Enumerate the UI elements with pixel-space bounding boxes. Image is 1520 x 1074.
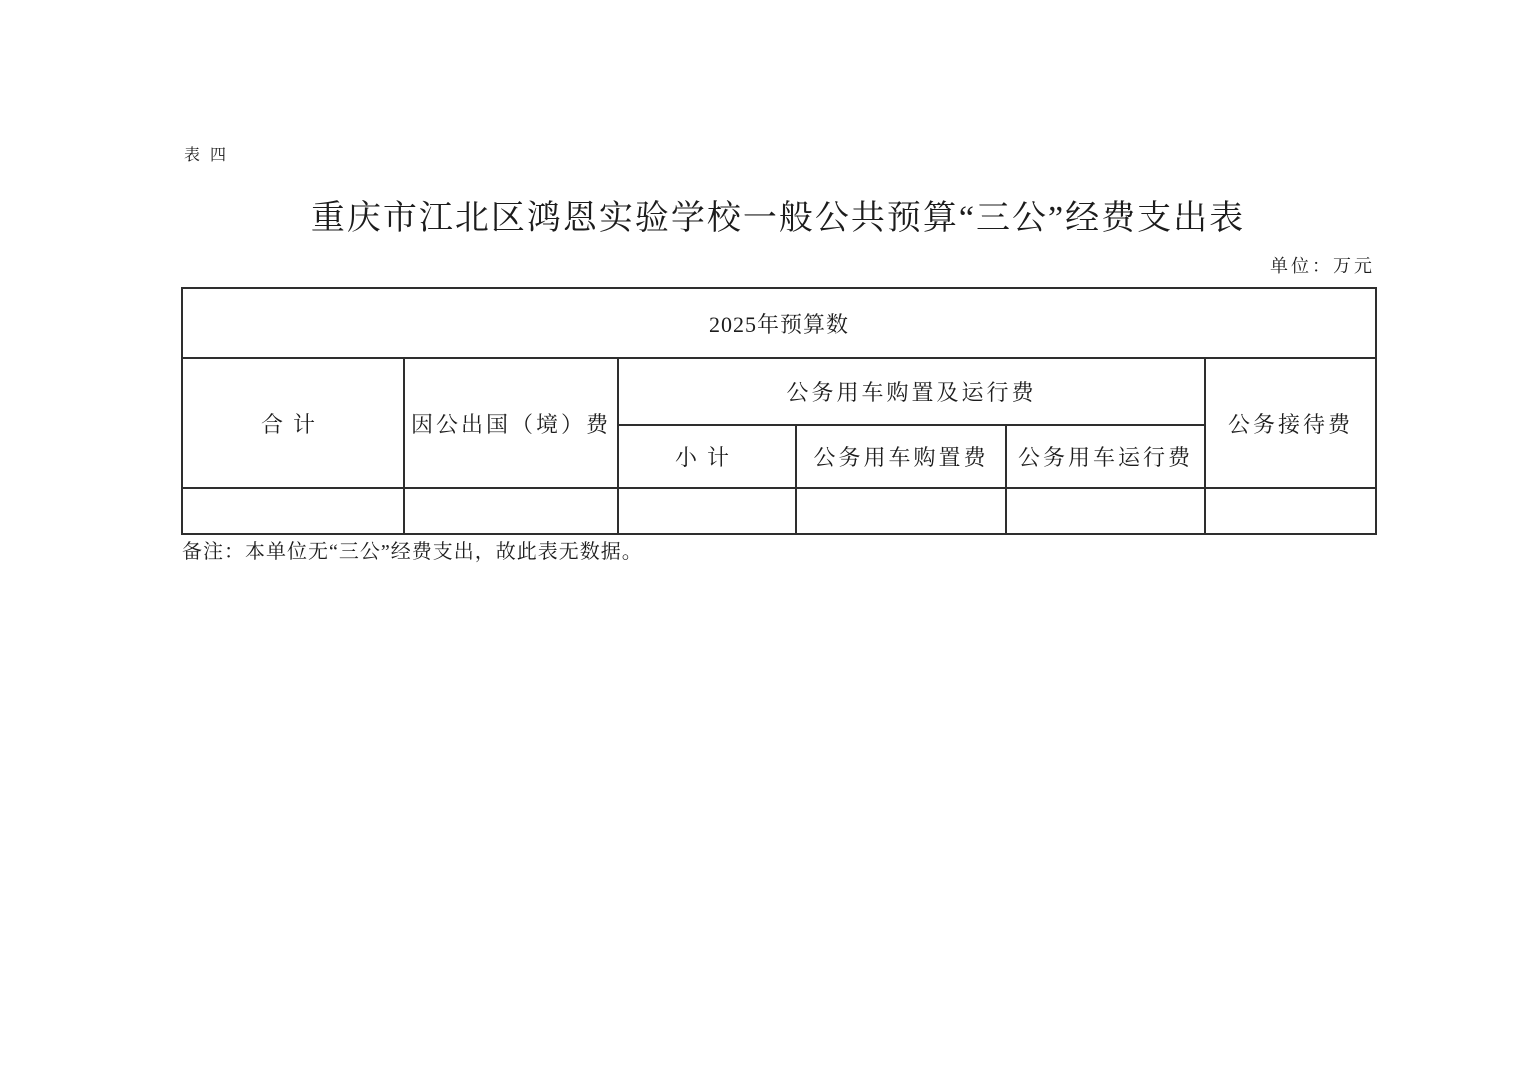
table-number-label: 表四 (184, 142, 236, 165)
data-cell-vehicle-purchase (796, 488, 1006, 534)
unit-label: 单位：万元 (181, 252, 1375, 278)
year-header-cell: 2025年预算数 (182, 288, 1376, 358)
table-row (182, 488, 1376, 534)
data-cell-reception (1205, 488, 1376, 534)
data-cell-vehicle-subtotal (618, 488, 796, 534)
col-header-vehicle-subtotal: 小计 (618, 425, 796, 488)
col-header-vehicle-operation: 公务用车运行费 (1006, 425, 1205, 488)
data-cell-vehicle-operation (1006, 488, 1205, 534)
col-header-vehicle-group: 公务用车购置及运行费 (618, 358, 1205, 425)
footnote: 备注：本单位无“三公”经费支出，故此表无数据。 (182, 539, 643, 565)
col-header-vehicle-purchase: 公务用车购置费 (796, 425, 1006, 488)
table-row: 合计 因公出国（境）费 公务用车购置及运行费 公务接待费 (182, 358, 1376, 425)
data-cell-total (182, 488, 404, 534)
col-header-reception: 公务接待费 (1205, 358, 1376, 488)
document-page: 表四 重庆市江北区鸿恩实验学校一般公共预算“三公”经费支出表 单位：万元 202… (0, 0, 1520, 1074)
table-row: 2025年预算数 (182, 288, 1376, 358)
budget-table: 2025年预算数 合计 因公出国（境）费 公务用车购置及运行费 公务接待费 小计… (181, 287, 1377, 535)
page-title: 重庆市江北区鸿恩实验学校一般公共预算“三公”经费支出表 (181, 190, 1375, 239)
col-header-abroad: 因公出国（境）费 (404, 358, 618, 488)
data-cell-abroad (404, 488, 618, 534)
col-header-total: 合计 (182, 358, 404, 488)
